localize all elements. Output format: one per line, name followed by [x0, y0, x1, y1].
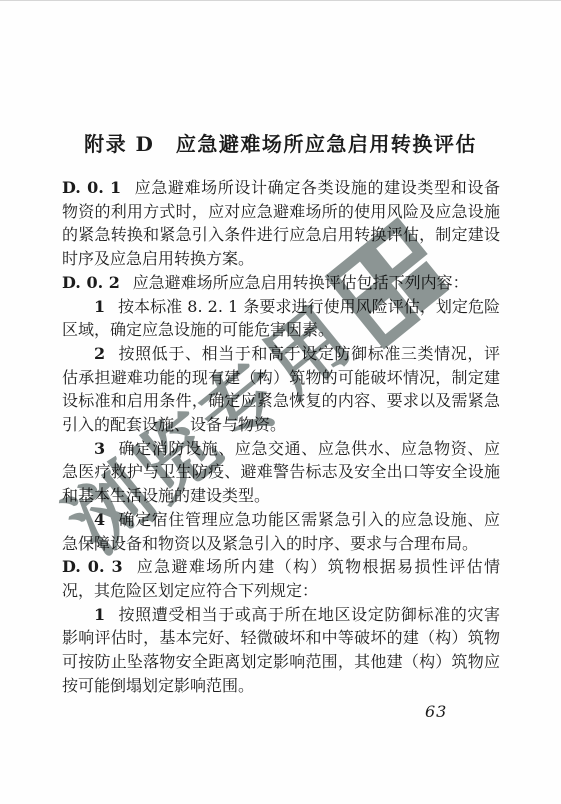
paragraph-text: 确定宿住管理应急功能区需紧急引入的应急设施、应急保障设备和物资以及紧急引入的时序…: [62, 510, 500, 553]
document-page: 附录 D 应急避难场所应急启用转换评估 D. 0. 1应急避难场所设计确定各类设…: [0, 0, 561, 804]
paragraph-label: 1: [94, 297, 118, 316]
paragraph-label: D. 0. 2: [62, 273, 133, 292]
page-top-border: [0, 0, 561, 1]
page-number: 63: [425, 702, 447, 721]
appendix-title: 附录 D 应急避难场所应急启用转换评估: [0, 128, 561, 157]
paragraph: D. 0. 3应急避难场所内建（构）筑物根据易损性评估情况，其危险区划定应符合下…: [62, 555, 500, 602]
paragraph-label: 2: [94, 344, 118, 363]
paragraph-label: 3: [94, 439, 118, 458]
paragraph-label: 4: [94, 510, 118, 529]
paragraph: 2按照低于、相当于和高于设定防御标准三类情况，评估承担避难功能的现有建（构）筑物…: [62, 342, 500, 437]
paragraph-text: 按照遭受相当于或高于所在地区设定防御标准的灾害影响评估时，基本完好、轻微破坏和中…: [62, 605, 500, 695]
paragraph-label: D. 0. 3: [62, 557, 135, 576]
paragraph-text: 应急避难场所应急启用转换评估包括下列内容：: [133, 273, 469, 292]
paragraph: 1按本标准 8. 2. 1 条要求进行使用风险评估，划定危险区域，确定应急设施的…: [62, 295, 500, 342]
paragraph-label: 1: [94, 605, 118, 624]
paragraph: 3确定消防设施、应急交通、应急供水、应急物资、应急医疗救护与卫生防疫、避难警告标…: [62, 437, 500, 508]
paragraph: 1按照遭受相当于或高于所在地区设定防御标准的灾害影响评估时，基本完好、轻微破坏和…: [62, 603, 500, 698]
paragraph: 4确定宿住管理应急功能区需紧急引入的应急设施、应急保障设备和物资以及紧急引入的时…: [62, 508, 500, 555]
paragraph-label: D. 0. 1: [62, 178, 134, 197]
paragraph-text: 按本标准 8. 2. 1 条要求进行使用风险评估，划定危险区域，确定应急设施的可…: [62, 297, 500, 340]
document-body: D. 0. 1应急避难场所设计确定各类设施的建设类型和设备物资的利用方式时，应对…: [62, 176, 500, 697]
paragraph-text: 按照低于、相当于和高于设定防御标准三类情况，评估承担避难功能的现有建（构）筑物的…: [62, 344, 500, 434]
paragraph: D. 0. 2应急避难场所应急启用转换评估包括下列内容：: [62, 271, 500, 295]
paragraph: D. 0. 1应急避难场所设计确定各类设施的建设类型和设备物资的利用方式时，应对…: [62, 176, 500, 271]
paragraph-text: 确定消防设施、应急交通、应急供水、应急物资、应急医疗救护与卫生防疫、避难警告标志…: [62, 439, 500, 505]
